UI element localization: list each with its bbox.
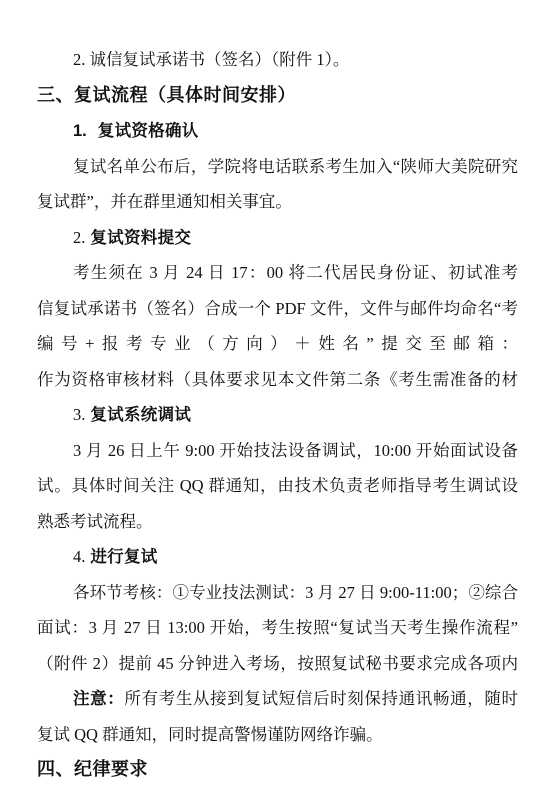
notice-paragraph-line: 注意：所有考生从接到复试短信后时刻保持通讯畅通，随时关注 bbox=[37, 681, 518, 717]
step-4-title: 进行复试 bbox=[90, 548, 157, 566]
materials-list-item-2: 2. 诚信复试承诺书（签名）（附件 1）。 bbox=[37, 42, 518, 78]
step-2-paragraph-line: 信复试承诺书（签名）合成一个 PDF 文件，文件与邮件均命名“考生 bbox=[37, 291, 518, 327]
document-body: 2. 诚信复试承诺书（签名）（附件 1）。 三、复试流程（具体时间安排） 1.复… bbox=[37, 42, 518, 788]
step-2-paragraph-line-email: 编号+报考专业（方向）＋姓名”提交至邮箱：252377086@qq.com， bbox=[37, 326, 518, 362]
step-4-number: 4. bbox=[73, 547, 85, 566]
step-4-paragraph-line: （附件 2）提前 45 分钟进入考场，按照复试秘书要求完成各项内容。 bbox=[37, 646, 518, 682]
step-3-paragraph-line: 熟悉考试流程。 bbox=[37, 504, 518, 540]
step-2-number: 2. bbox=[73, 228, 85, 247]
step-1-paragraph-line: 复试群”，并在群里通知相关事宜。 bbox=[37, 184, 518, 220]
step-2-title: 复试资料提交 bbox=[90, 229, 191, 247]
step-4-paragraph-line: 各环节考核：①专业技法测试：3 月 27 日 9:00-11:00；②综合 bbox=[37, 575, 518, 611]
step-1-number: 1. bbox=[73, 122, 87, 140]
step-4-paragraph-line: 面试：3 月 27 日 13:00 开始，考生按照“复试当天考生操作流程” bbox=[37, 610, 518, 646]
step-3-paragraph-line: 试。具体时间关注 QQ 群通知，由技术负责老师指导考生调试设备、 bbox=[37, 468, 518, 504]
notice-paragraph-line: 复试 QQ 群通知，同时提高警惕谨防网络诈骗。 bbox=[37, 717, 518, 753]
step-1-title: 复试资格确认 bbox=[98, 122, 199, 140]
step-3-number: 3. bbox=[73, 405, 85, 424]
step-2-paragraph-line: 考生须在 3 月 24 日 17：00 将二代居民身份证、初试准考证、诚 bbox=[37, 255, 518, 291]
step-3-paragraph-line: 3 月 26 日上午 9:00 开始技法设备调试，10:00 开始面试设备测 bbox=[37, 433, 518, 469]
notice-label: 注意： bbox=[73, 690, 124, 708]
step-2-paragraph-line: 作为资格审核材料（具体要求见本文件第二条《考生需准备的材料》）。 bbox=[37, 362, 518, 398]
step-2-heading: 2.复试资料提交 bbox=[37, 220, 518, 256]
section-4-heading: 四、纪律要求 bbox=[37, 752, 518, 788]
section-3-heading: 三、复试流程（具体时间安排） bbox=[37, 78, 518, 114]
step-1-paragraph-line: 复试名单公布后，学院将电话联系考生加入“陕师大美院研究生 bbox=[37, 149, 518, 185]
step-3-heading: 3.复试系统调试 bbox=[37, 397, 518, 433]
step-4-heading: 4.进行复试 bbox=[37, 539, 518, 575]
step-1-heading: 1.复试资格确认 bbox=[37, 113, 518, 149]
document-page: 2. 诚信复试承诺书（签名）（附件 1）。 三、复试流程（具体时间安排） 1.复… bbox=[0, 0, 556, 806]
step-3-title: 复试系统调试 bbox=[90, 406, 191, 424]
